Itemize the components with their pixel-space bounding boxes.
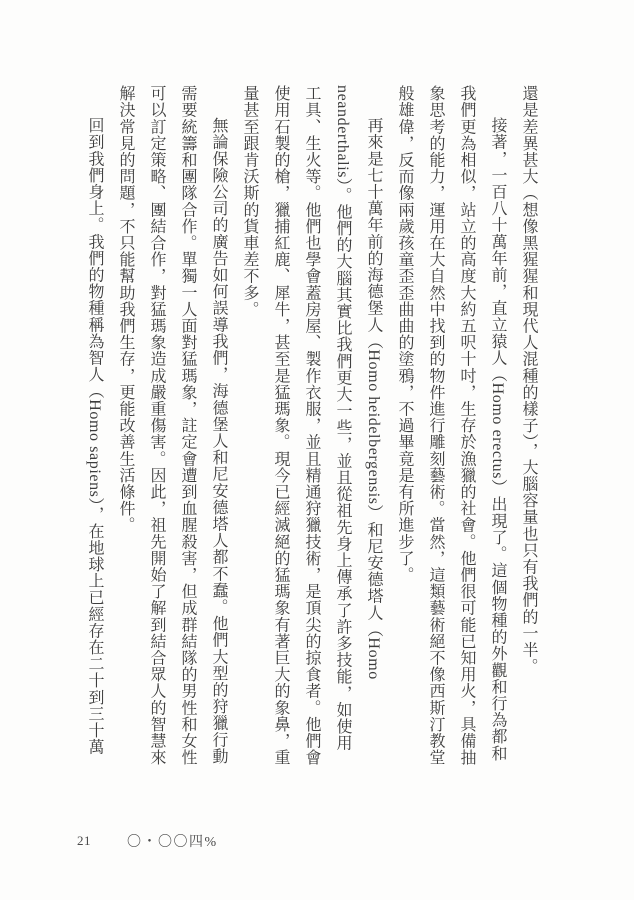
paragraph: 接著，一百八十萬年前，直立猿人（Homo erectus）出現了。這個物種的外觀… (389, 85, 513, 767)
paragraph: 再來是七十萬年前的海德堡人（Homo heidelbergensis）和尼安德塔… (234, 85, 389, 767)
vertical-text-block: 還是差異甚大（想像黑猩猩和現代人混種的樣子），大腦容量也只有我們的一半。接著，一… (47, 85, 544, 767)
progress-marker: 〇・〇〇四% (127, 831, 218, 851)
paragraph: 無論保險公司的廣告如何誤導我們，海德堡人和尼安德塔人都不蠢。他們大型的狩獵行動需… (110, 85, 234, 767)
paragraph: 回到我們身上。我們的物種稱為智人（Homo sapiens），在地球上已經存在二… (79, 85, 110, 767)
book-page: 還是差異甚大（想像黑猩猩和現代人混種的樣子），大腦容量也只有我們的一半。接著，一… (0, 0, 634, 900)
page-number: 21 (77, 833, 91, 849)
paragraph: 還是差異甚大（想像黑猩猩和現代人混種的樣子），大腦容量也只有我們的一半。 (513, 85, 544, 767)
